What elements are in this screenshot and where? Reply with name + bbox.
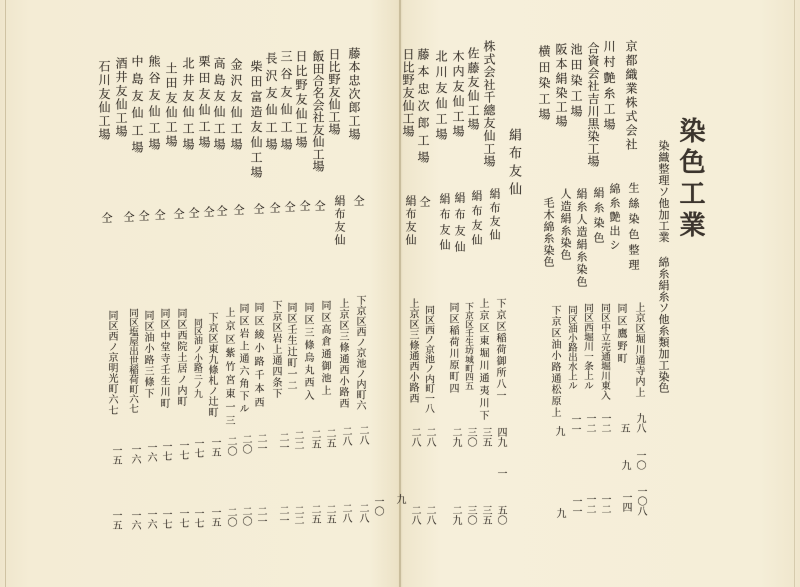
product-type: 仝 [185,207,199,219]
company-name: 三谷友仙工場 [278,50,292,150]
total-count: 二八 [336,493,350,523]
product-type: 仝 [151,209,165,221]
product-type: 仝 [311,200,325,212]
company-name: 合資会社吉川黒染工場 [585,42,599,167]
product-type: 綿糸艶出シ [606,183,620,250]
total-count: 一〇八 [631,486,645,516]
address: 下京区岩上通四条下 [266,300,280,398]
total-count: 二二 [288,495,302,525]
address: 下京区西ノ京池ノ内町六 [350,295,364,410]
total-count: 二五 [305,494,319,524]
product-type: 仝 [98,212,112,224]
address: 同区三條烏丸西入 [298,302,312,400]
male-count: 一六 [141,432,155,462]
address: 同区油小路出水上ル [562,305,576,390]
company-name: 藤本忠次郎工場 [346,47,360,140]
address: 同区稲荷川原町四 [443,302,457,393]
address: 上京区東堀川通夷川下 [473,298,487,420]
company-name: 土田友仙工場 [163,62,177,147]
page-title: 染色工業 [673,117,703,237]
category-subtitle: 染織整理ソ他加工業 綿糸絹糸ソ他糸類加工染色 [655,140,669,393]
female-count [405,448,419,478]
product-type: 絹布友仙 [468,190,482,245]
company-name: 川村艶糸工場 [601,40,615,130]
address: 同区西院土居ノ内町 [171,308,185,406]
address: 同区西堀川一条上ル [578,303,592,390]
product-type: 仝 [281,201,295,213]
male-count: 二八 [353,415,367,445]
female-count: 一 [491,448,505,478]
product-type: 生絲染色整理 [625,182,639,270]
address: 下京区稲荷御所八一 [490,298,504,400]
address: 同区高倉通御池上 [315,300,329,395]
product-type: 絹糸染色 [590,187,604,243]
company-name: 日比野友仙工場 [400,48,414,137]
company-name: 藤本忠次郎工場 [415,48,429,163]
address: 同区西ノ京明光町六七 [102,310,116,415]
female-count [595,440,609,470]
total-count: 二一 [251,496,265,526]
address: 同区塩屋出世稲荷町六七 [123,308,137,413]
total-count: 一七 [173,498,187,528]
company-name: 池田染工場 [568,43,582,117]
male-count: 一七 [156,431,170,461]
company-name: 横田染工場 [536,45,550,120]
address: 同区油ノ小路三ノ九 [187,318,201,398]
page-edge-right [794,0,795,587]
male-count: 二五 [320,418,334,448]
total-count: 一四 [616,482,630,512]
company-name: 中島友仙工場 [129,55,143,153]
male-count: 二八 [405,417,419,447]
page-number-left: 一〇 [368,496,382,518]
product-type: 仝 [350,195,364,207]
address: 同区中堂寺壬生川町 [154,308,168,408]
company-name: 日比野友仙工場 [326,48,340,135]
company-name: 阪本絹染工場 [553,43,567,127]
product-type: 絹布友仙 [486,188,500,240]
total-count: 九 [550,488,564,518]
male-count: 一五 [205,427,219,457]
page-edge-left [5,0,6,587]
company-name: 栗田友仙工場 [196,55,210,148]
male-count: 一六 [125,434,139,464]
address: 上京区堀川通寺内上 [629,302,643,397]
male-count: 二二 [288,420,302,450]
male-count: 一七 [173,430,187,460]
total-count: 一七 [156,499,170,529]
total-count: 一五 [205,497,219,527]
male-count: 九 [549,406,563,436]
total-count: 二〇 [236,496,250,526]
total-count: 一二 [580,484,594,514]
product-type: 絹布友仙 [436,193,450,250]
total-count: 二〇 [221,497,235,527]
product-type: 毛木綿糸染色 [540,197,554,267]
total-count: 二八 [353,493,367,523]
male-count: 二一 [273,422,287,452]
product-type: 仝 [296,200,310,212]
male-count: 一二 [595,403,609,433]
total-count: 一二 [595,484,609,514]
total-count: 一一 [566,486,580,516]
male-count: 四九 [491,417,505,447]
product-type: 仝 [213,205,227,217]
company-name: 石川友仙工場 [96,60,110,140]
address: 上京区三條通西小路西 [333,298,347,408]
product-type: 仝 [230,204,244,216]
company-name: 北井友仙工場 [180,57,194,150]
male-count: 二八 [420,417,434,447]
product-type: 絹糸人造絹糸染色 [573,188,587,287]
female-count: 一〇 [630,440,644,470]
total-count: 二八 [405,495,419,525]
male-count: 二一 [251,423,265,453]
total-count: 一六 [125,500,139,530]
company-name: 京都織業株式会社 [623,40,637,150]
product-type: 仝 [135,210,149,222]
product-type: 仝 [170,208,184,220]
total-count: 二五 [320,494,334,524]
scanned-document-spread: 染色工業 染織整理ソ他加工業 綿糸絹糸ソ他糸類加工染色 京都織業株式会社 生絲染… [0,0,800,587]
product-type: 絹布友仙 [451,192,465,252]
male-count: 三五 [476,417,490,447]
product-type: 仝 [266,202,280,214]
female-count [549,440,563,470]
male-count: 二九 [446,417,460,447]
address: 同区油小路三條下 [138,310,152,398]
company-name: 酒井友仙工場 [113,57,127,137]
male-count: 二五 [305,419,319,449]
company-name: 日比野友仙工場 [293,50,307,148]
product-type: 仝 [250,203,264,215]
total-count: 三〇 [461,495,475,525]
female-count [476,448,490,478]
male-count: 二八 [336,416,350,446]
company-name: 熊谷友仙工場 [146,55,160,150]
female-count [580,440,594,470]
total-count: 二八 [420,495,434,525]
page-number-right: 九 [390,494,404,508]
male-count: 二〇 [221,426,235,456]
male-count: 五 [614,403,628,433]
product-type: 人造絹糸染色 [557,188,571,260]
company-name: 高島友仙工場 [211,57,225,150]
female-count: 九 [615,440,629,470]
male-count: 一七 [188,428,202,458]
company-name: 株式会社千總友仙工場 [481,40,495,167]
company-name: 飯田合名会社友仙工場 [310,50,324,172]
male-count: 一一 [565,404,579,434]
address: 上京区三條通西小路西 [403,298,417,403]
total-count: 一七 [188,498,202,528]
product-type: 仝 [416,196,430,208]
female-count [446,448,460,478]
male-count: 二〇 [236,424,250,454]
address: 同区鷹野町 [611,303,625,363]
address: 同区綾小路千本西 [248,302,262,407]
address: 上京区紫竹宮東一三 [219,307,233,425]
female-count [420,448,434,478]
female-count [461,448,475,478]
address: 同区中立売通堀川東入 [595,303,609,400]
total-count: 二一 [273,495,287,525]
total-count: 一五 [106,500,120,530]
total-count: 二九 [446,495,460,525]
male-count: 三〇 [461,417,475,447]
address: 下京区油小路通松原上 [545,305,559,417]
address: 下京区壬生坊城町四五 [458,302,472,390]
company-name: 長沢友仙工場 [263,52,277,150]
female-count [565,440,579,470]
male-count: 一五 [106,435,120,465]
company-name: 金沢友仙工場 [228,58,242,150]
product-type: 仝 [200,206,214,218]
company-name: 木内友仙工場 [450,50,464,137]
male-count: 九八 [630,403,644,433]
product-type: 絹布友仙 [331,195,345,245]
address: 下京区東九條札ノ辻町 [202,312,216,417]
company-name: 北川友仙工場 [433,50,447,140]
male-count: 一二 [580,403,594,433]
address: 同区岩上通六角下ル [233,303,247,413]
total-count: 三五 [476,495,490,525]
section-heading: 絹布友仙 [506,128,520,195]
address: 同区壬生辻町一二 [281,302,295,390]
company-name: 柴田富造友仙工場 [248,60,262,178]
total-count: 五〇 [491,495,505,525]
product-type: 仝 [120,211,134,223]
product-type: 絹布友仙 [402,195,416,245]
company-name: 佐藤友仙工場 [465,47,479,130]
total-count: 一六 [141,499,155,529]
address: 同区西ノ京池ノ内町一八 [419,305,433,413]
